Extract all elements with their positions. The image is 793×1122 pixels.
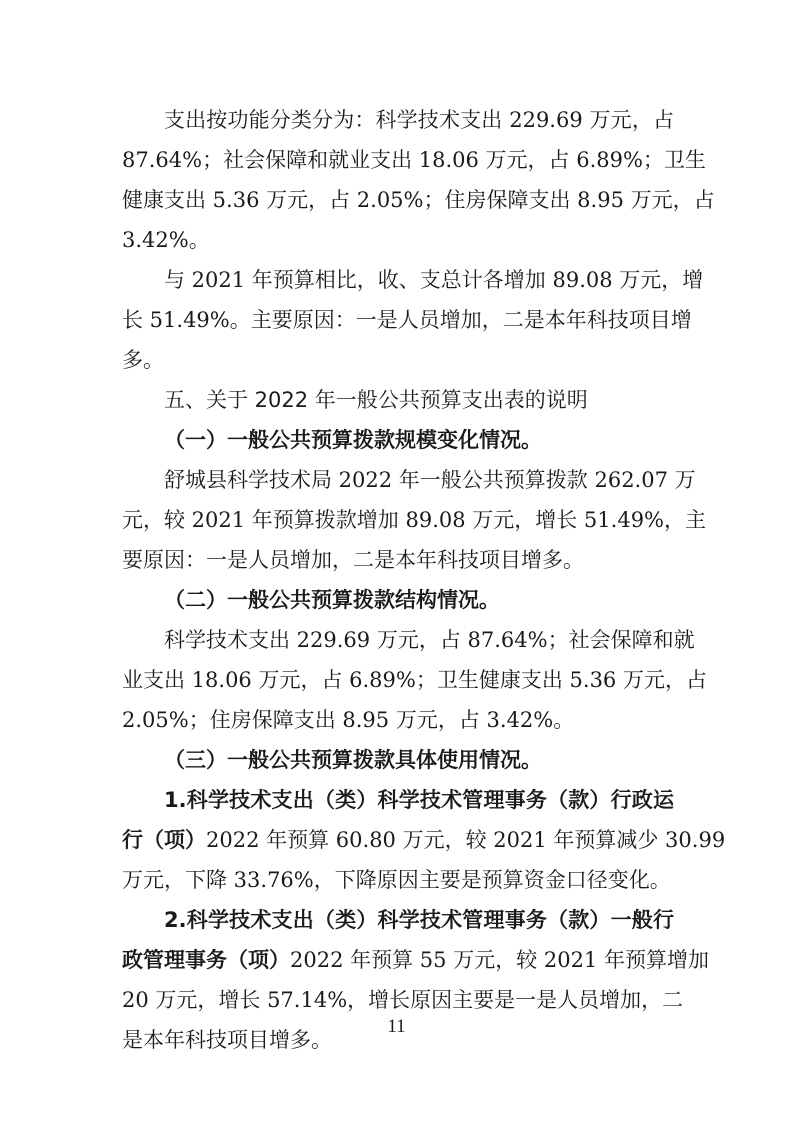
paragraph-line: 科学技术支出 229.69 万元，占 87.64%；社会保障和就 (122, 620, 674, 660)
item-title-continuation: 政管理事务（项） (122, 948, 290, 972)
subsection-heading: （二）一般公共预算拨款结构情况。 (122, 580, 674, 620)
paragraph-line: 长 51.49%。主要原因：一是人员增加，二是本年科技项目增 (122, 300, 674, 340)
item-line: 行（项）2022 年预算 60.80 万元，较 2021 年预算减少 30.99 (122, 820, 674, 860)
paragraph-line: 20 万元，增长 57.14%，增长原因主要是一是人员增加，二 (122, 980, 674, 1020)
item-title-line: 1.科学技术支出（类）科学技术管理事务（款）行政运 (122, 780, 674, 820)
item-text: 2022 年预算 60.80 万元，较 2021 年预算减少 30.99 (206, 828, 725, 852)
item-title-line: 2.科学技术支出（类）科学技术管理事务（款）一般行 (122, 900, 674, 940)
subsection-heading: （一）一般公共预算拨款规模变化情况。 (122, 420, 674, 460)
paragraph-line: 元，较 2021 年预算拨款增加 89.08 万元，增长 51.49%，主 (122, 500, 674, 540)
section-heading: 五、关于 2022 年一般公共预算支出表的说明 (122, 380, 674, 420)
item-title-continuation: 行（项） (122, 828, 206, 852)
subsection-heading: （三）一般公共预算拨款具体使用情况。 (122, 740, 674, 780)
paragraph-line: 87.64%；社会保障和就业支出 18.06 万元，占 6.89%；卫生 (122, 140, 674, 180)
paragraph-line: 支出按功能分类分为：科学技术支出 229.69 万元，占 (122, 100, 674, 140)
page-number: 11 (0, 1016, 793, 1038)
paragraph-line: 健康支出 5.36 万元，占 2.05%；住房保障支出 8.95 万元，占 (122, 180, 674, 220)
paragraph-line: 舒城县科学技术局 2022 年一般公共预算拨款 262.07 万 (122, 460, 674, 500)
paragraph-line: 与 2021 年预算相比，收、支总计各增加 89.08 万元，增 (122, 260, 674, 300)
item-text: 2022 年预算 55 万元，较 2021 年预算增加 (290, 948, 709, 972)
paragraph-line: 万元，下降 33.76%，下降原因主要是预算资金口径变化。 (122, 860, 674, 900)
paragraph-line: 要原因：一是人员增加，二是本年科技项目增多。 (122, 540, 674, 580)
paragraph-line: 3.42%。 (122, 220, 674, 260)
paragraph-line: 多。 (122, 340, 674, 380)
item-line: 政管理事务（项）2022 年预算 55 万元，较 2021 年预算增加 (122, 940, 674, 980)
paragraph-line: 业支出 18.06 万元，占 6.89%；卫生健康支出 5.36 万元，占 (122, 660, 674, 700)
paragraph-line: 2.05%；住房保障支出 8.95 万元，占 3.42%。 (122, 700, 674, 740)
